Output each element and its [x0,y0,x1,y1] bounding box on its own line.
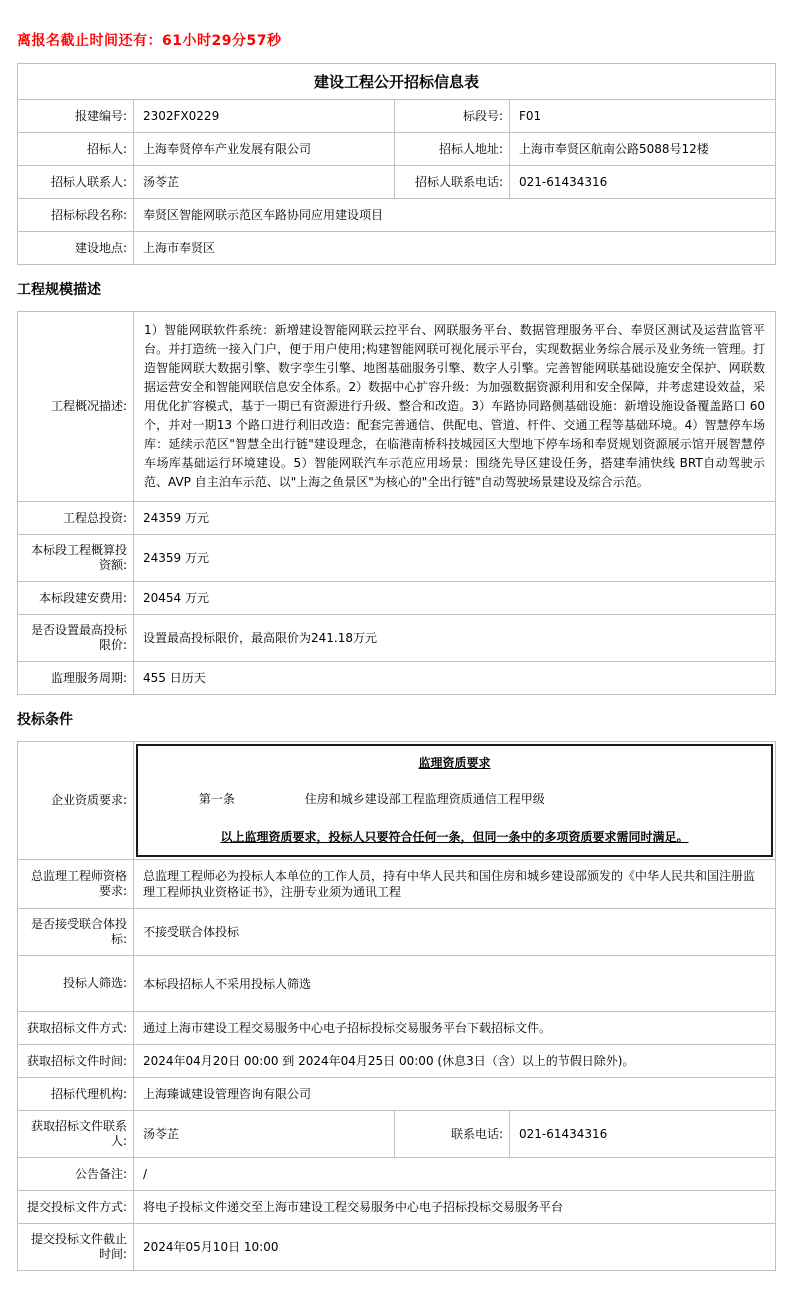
table-row: 监理服务周期: 455 日历天 [18,662,776,695]
field-label-doc-contact-phone: 联系电话: [395,1111,510,1158]
field-label-contact-phone: 招标人联系电话: [395,166,510,199]
section-heading-bid-conditions: 投标条件 [17,709,776,729]
table-row: 公告备注: / [18,1158,776,1191]
field-label-project-overview: 工程概况描述: [18,312,134,502]
field-value-chief-supervisor: 总监理工程师必为投标人本单位的工作人员，持有中华人民共和国住房和城乡建设部颁发的… [134,860,776,909]
field-label-service-period: 监理服务周期: [18,662,134,695]
field-value-contact-person: 汤苓芷 [134,166,395,199]
tender-info-page: 离报名截止时间还有：61小时29分57秒 建设工程公开招标信息表 报建编号: 2… [0,0,793,1295]
field-label-enterprise-qualification: 企业资质要求: [18,742,134,860]
section-heading-project-scale: 工程规模描述 [17,279,776,299]
bid-conditions-table: 企业资质要求: 监理资质要求 第一条 住房和城乡建设部工程监理资质通信工程甲级 … [17,741,776,1271]
table-row: 工程概况描述: 1）智能网联软件系统：新增建设智能网联云控平台、网联服务平台、数… [18,312,776,502]
field-label-chief-supervisor: 总监理工程师资格要求: [18,860,134,909]
table-row: 第一条 住房和城乡建设部工程监理资质通信工程甲级 [137,779,772,818]
field-label-submit-deadline: 提交投标文件截止时间: [18,1224,134,1271]
field-label-project-no: 报建编号: [18,100,134,133]
field-label-notice-remark: 公告备注: [18,1158,134,1191]
field-value-project-no: 2302FX0229 [134,100,395,133]
field-label-contact-person: 招标人联系人: [18,166,134,199]
table-row: 报建编号: 2302FX0229 标段号: F01 [18,100,776,133]
field-label-tenderer: 招标人: [18,133,134,166]
countdown-timer: 离报名截止时间还有：61小时29分57秒 [17,30,776,50]
field-value-tenderer-address: 上海市奉贤区航南公路5088号12楼 [510,133,776,166]
table-row: 提交投标文件截止时间: 2024年05月10日 10:00 [18,1224,776,1271]
table-row: 招标人联系人: 汤苓芷 招标人联系电话: 021-61434316 [18,166,776,199]
table-row: 投标人筛选: 本标段招标人不采用投标人筛选 [18,956,776,1012]
table-row: 监理资质要求 [137,745,772,779]
field-label-submit-method: 提交投标文件方式: [18,1191,134,1224]
field-value-bidder-screening: 本标段招标人不采用投标人筛选 [134,956,776,1012]
field-value-tenderer: 上海奉贤停车产业发展有限公司 [134,133,395,166]
table-row: 招标代理机构: 上海臻诚建设管理咨询有限公司 [18,1078,776,1111]
table-row: 招标标段名称: 奉贤区智能网联示范区车路协同应用建设项目 [18,199,776,232]
page-title: 建设工程公开招标信息表 [18,64,776,100]
field-label-agency: 招标代理机构: [18,1078,134,1111]
countdown-label: 离报名截止时间还有： [17,33,162,49]
table-row: 本标段建安费用: 20454 万元 [18,582,776,615]
field-label-tenderer-address: 招标人地址: [395,133,510,166]
field-label-location: 建设地点: [18,232,134,265]
field-value-notice-remark: / [134,1158,776,1191]
field-value-doc-contact-person: 汤苓芷 [134,1111,395,1158]
field-label-section-no: 标段号: [395,100,510,133]
table-row: 以上监理资质要求，投标人只要符合任何一条，但同一条中的多项资质要求需同时满足。 [137,818,772,856]
field-label-construction-cost: 本标段建安费用: [18,582,134,615]
field-value-doc-obtain-time: 2024年04月20日 00:00 到 2024年04月25日 00:00 (休… [134,1045,776,1078]
qualification-table: 监理资质要求 第一条 住房和城乡建设部工程监理资质通信工程甲级 以上监理资质要求… [136,744,773,857]
field-value-service-period: 455 日历天 [134,662,776,695]
field-label-estimate-investment: 本标段工程概算投资额: [18,535,134,582]
field-label-bidder-screening: 投标人筛选: [18,956,134,1012]
table-row: 获取招标文件方式: 通过上海市建设工程交易服务中心电子招标投标交易服务平台下载招… [18,1012,776,1045]
field-label-doc-obtain-method: 获取招标文件方式: [18,1012,134,1045]
table-row: 总监理工程师资格要求: 总监理工程师必为投标人本单位的工作人员，持有中华人民共和… [18,860,776,909]
field-value-estimate-investment: 24359 万元 [134,535,776,582]
table-row: 是否接受联合体投标: 不接受联合体投标 [18,909,776,956]
table-row: 建设地点: 上海市奉贤区 [18,232,776,265]
qualification-cell: 监理资质要求 第一条 住房和城乡建设部工程监理资质通信工程甲级 以上监理资质要求… [134,742,776,860]
countdown-value: 61小时29分57秒 [162,33,281,49]
qualification-item-text: 住房和城乡建设部工程监理资质通信工程甲级 [296,779,772,818]
table-row: 本标段工程概算投资额: 24359 万元 [18,535,776,582]
table-row: 招标人: 上海奉贤停车产业发展有限公司 招标人地址: 上海市奉贤区航南公路508… [18,133,776,166]
basic-info-table: 建设工程公开招标信息表 报建编号: 2302FX0229 标段号: F01 招标… [17,63,776,265]
field-value-consortium: 不接受联合体投标 [134,909,776,956]
table-row: 工程总投资: 24359 万元 [18,502,776,535]
field-label-section-name: 招标标段名称: [18,199,134,232]
field-value-section-no: F01 [510,100,776,133]
field-value-project-overview: 1）智能网联软件系统：新增建设智能网联云控平台、网联服务平台、数据管理服务平台、… [134,312,776,502]
field-value-location: 上海市奉贤区 [134,232,776,265]
table-row: 企业资质要求: 监理资质要求 第一条 住房和城乡建设部工程监理资质通信工程甲级 … [18,742,776,860]
field-value-doc-contact-phone: 021-61434316 [510,1111,776,1158]
table-row: 获取招标文件时间: 2024年04月20日 00:00 到 2024年04月25… [18,1045,776,1078]
field-value-construction-cost: 20454 万元 [134,582,776,615]
table-row: 获取招标文件联系人: 汤苓芷 联系电话: 021-61434316 [18,1111,776,1158]
field-value-max-price: 设置最高投标限价，最高限价为241.18万元 [134,615,776,662]
field-label-max-price: 是否设置最高投标限价: [18,615,134,662]
field-value-total-investment: 24359 万元 [134,502,776,535]
field-label-doc-contact-person: 获取招标文件联系人: [18,1111,134,1158]
qualification-footer-note: 以上监理资质要求，投标人只要符合任何一条，但同一条中的多项资质要求需同时满足。 [137,818,772,856]
field-label-doc-obtain-time: 获取招标文件时间: [18,1045,134,1078]
field-label-consortium: 是否接受联合体投标: [18,909,134,956]
qualification-table-header: 监理资质要求 [137,745,772,779]
project-scale-table: 工程概况描述: 1）智能网联软件系统：新增建设智能网联云控平台、网联服务平台、数… [17,311,776,695]
field-value-submit-deadline: 2024年05月10日 10:00 [134,1224,776,1271]
field-value-submit-method: 将电子投标文件递交至上海市建设工程交易服务中心电子招标投标交易服务平台 [134,1191,776,1224]
table-title-row: 建设工程公开招标信息表 [18,64,776,100]
table-row: 是否设置最高投标限价: 设置最高投标限价，最高限价为241.18万元 [18,615,776,662]
field-value-contact-phone: 021-61434316 [510,166,776,199]
table-row: 提交投标文件方式: 将电子投标文件递交至上海市建设工程交易服务中心电子招标投标交… [18,1191,776,1224]
field-value-doc-obtain-method: 通过上海市建设工程交易服务中心电子招标投标交易服务平台下载招标文件。 [134,1012,776,1045]
field-value-agency: 上海臻诚建设管理咨询有限公司 [134,1078,776,1111]
field-label-total-investment: 工程总投资: [18,502,134,535]
qualification-item-no: 第一条 [137,779,296,818]
field-value-section-name: 奉贤区智能网联示范区车路协同应用建设项目 [134,199,776,232]
